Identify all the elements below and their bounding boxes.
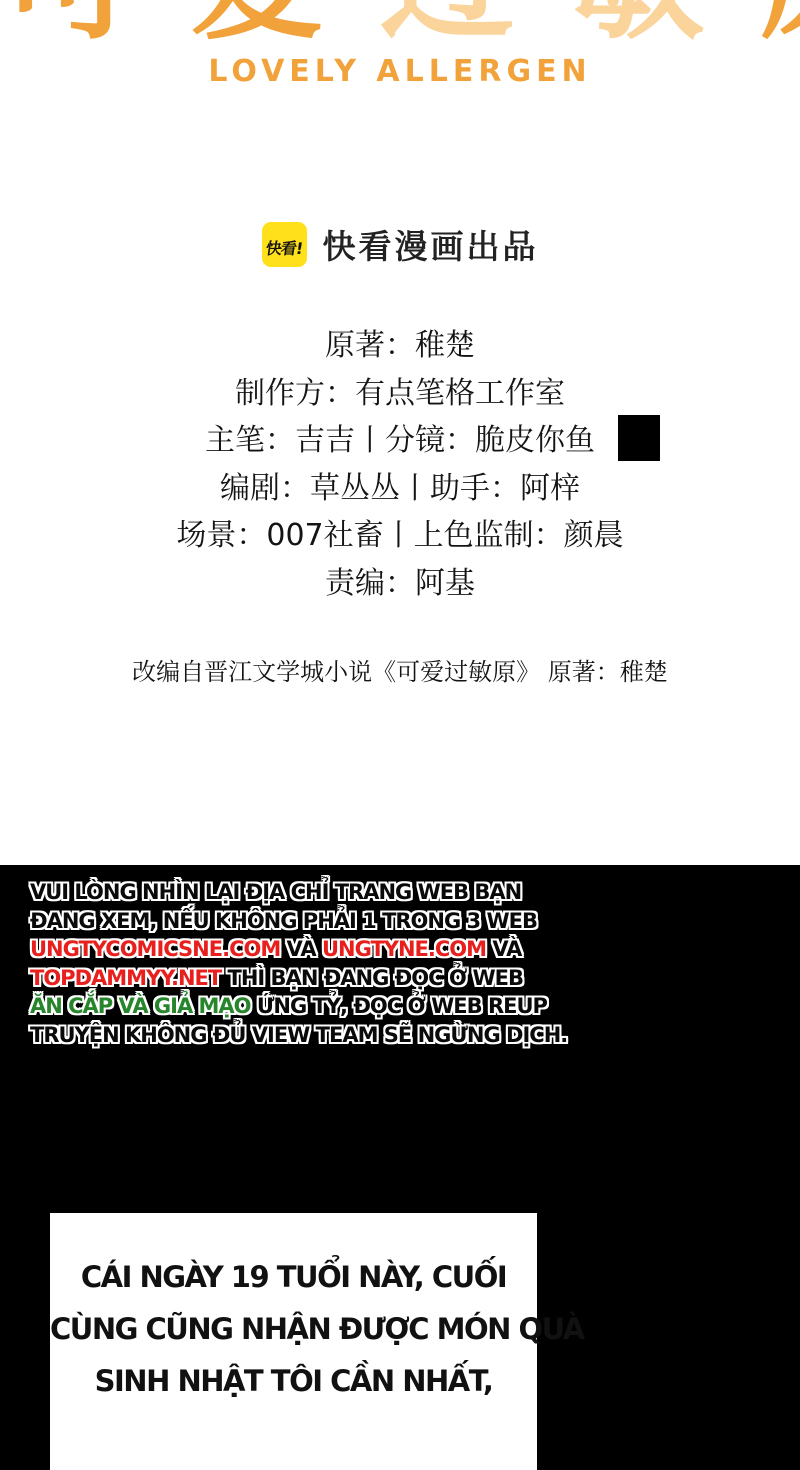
- adaptation-note: 改编自晋江文学城小说《可爱过敏原》 原著：稚楚: [0, 658, 800, 686]
- warning-domain-1: UNGTYCOMICSNE.COM: [30, 937, 280, 961]
- title-char: 爱: [190, 0, 329, 58]
- title-char: 敏: [570, 0, 709, 58]
- warning-line-4-text: THÌ BẠN ĐANG ĐỌC Ở WEB: [221, 966, 523, 990]
- credit-screenwriter: 编剧：草丛丛丨助手：阿梓: [0, 465, 800, 513]
- warning-line-3: UNGTYCOMICSNE.COM VÀ UNGTYNE.COM VÀ: [30, 935, 770, 964]
- warning-line-4: TOPDAMMYY.NET THÌ BẠN ĐANG ĐỌC Ở WEB: [30, 964, 770, 993]
- credit-original-author: 原著：稚楚: [0, 322, 800, 370]
- credit-production-studio: 制作方：有点笔格工作室: [0, 370, 800, 418]
- warning-line-2: ĐANG XEM, NẾU KHÔNG PHẢI 1 TRONG 3 WEB: [30, 907, 770, 936]
- credits-block: 原著：稚楚 制作方：有点笔格工作室 主笔：吉吉丨分镜：脆皮你鱼 编剧：草丛丛丨助…: [0, 322, 800, 607]
- narration-line-1: CÁI NGÀY 19 TUỔI NÀY, CUỐI: [50, 1251, 537, 1303]
- kuaikan-logo-icon: 快看!: [262, 222, 307, 267]
- warning-conjunction: VÀ: [280, 937, 322, 961]
- credit-lead-artist: 主笔：吉吉丨分镜：脆皮你鱼: [0, 417, 800, 465]
- warning-fake-label: ĂN CẮP VÀ GIẢ MẠO: [30, 994, 251, 1018]
- comic-credits-page: 可 爱 过 敏 原 LOVELY ALLERGEN 快看! 快看漫画出品 原著：…: [0, 0, 800, 1470]
- narration-text: CÁI NGÀY 19 TUỔI NÀY, CUỐI CÙNG CŨNG NHẬ…: [50, 1213, 537, 1407]
- warning-line-1: VUI LÒNG NHÌN LẠI ĐỊA CHỈ TRANG WEB BẠN: [30, 878, 770, 907]
- credit-scene-color: 场景：007社畜丨上色监制：颜晨: [0, 512, 800, 560]
- kuaikan-logo-text: 快看!: [264, 236, 304, 259]
- series-title-characters: 可 爱 过 敏 原: [0, 0, 800, 47]
- warning-line-5: ĂN CẮP VÀ GIẢ MẠO ỨNG TỶ, ĐỌC Ở WEB REUP: [30, 992, 770, 1021]
- narration-panel: CÁI NGÀY 19 TUỔI NÀY, CUỐI CÙNG CŨNG NHẬ…: [50, 1213, 537, 1470]
- title-char: 过: [380, 0, 519, 58]
- warning-line-5-text: ỨNG TỶ, ĐỌC Ở WEB REUP: [251, 994, 547, 1018]
- series-title-calligraphy: 可 爱 过 敏 原: [0, 0, 800, 58]
- publisher-name: 快看漫画出品: [323, 221, 539, 268]
- warning-domain-3: TOPDAMMYY.NET: [30, 966, 221, 990]
- translator-warning: VUI LÒNG NHÌN LẠI ĐỊA CHỈ TRANG WEB BẠN …: [30, 878, 770, 1049]
- series-title-english: LOVELY ALLERGEN: [0, 54, 800, 90]
- warning-conjunction: VÀ: [486, 937, 521, 961]
- title-char: 可: [0, 0, 139, 58]
- publisher-row: 快看! 快看漫画出品: [0, 221, 800, 268]
- credit-editor: 责编：阿基: [0, 560, 800, 608]
- title-char: 原: [760, 0, 800, 58]
- narration-line-2: CÙNG CŨNG NHẬN ĐƯỢC MÓN QUÀ: [50, 1303, 537, 1355]
- warning-line-6: TRUYỆN KHÔNG ĐỦ VIEW TEAM SẼ NGỪNG DỊCH.: [30, 1021, 770, 1050]
- censor-black-square: [618, 415, 660, 461]
- narration-line-3: SINH NHẬT TÔI CẦN NHẤT,: [50, 1355, 537, 1407]
- warning-domain-2: UNGTYNE.COM: [322, 937, 486, 961]
